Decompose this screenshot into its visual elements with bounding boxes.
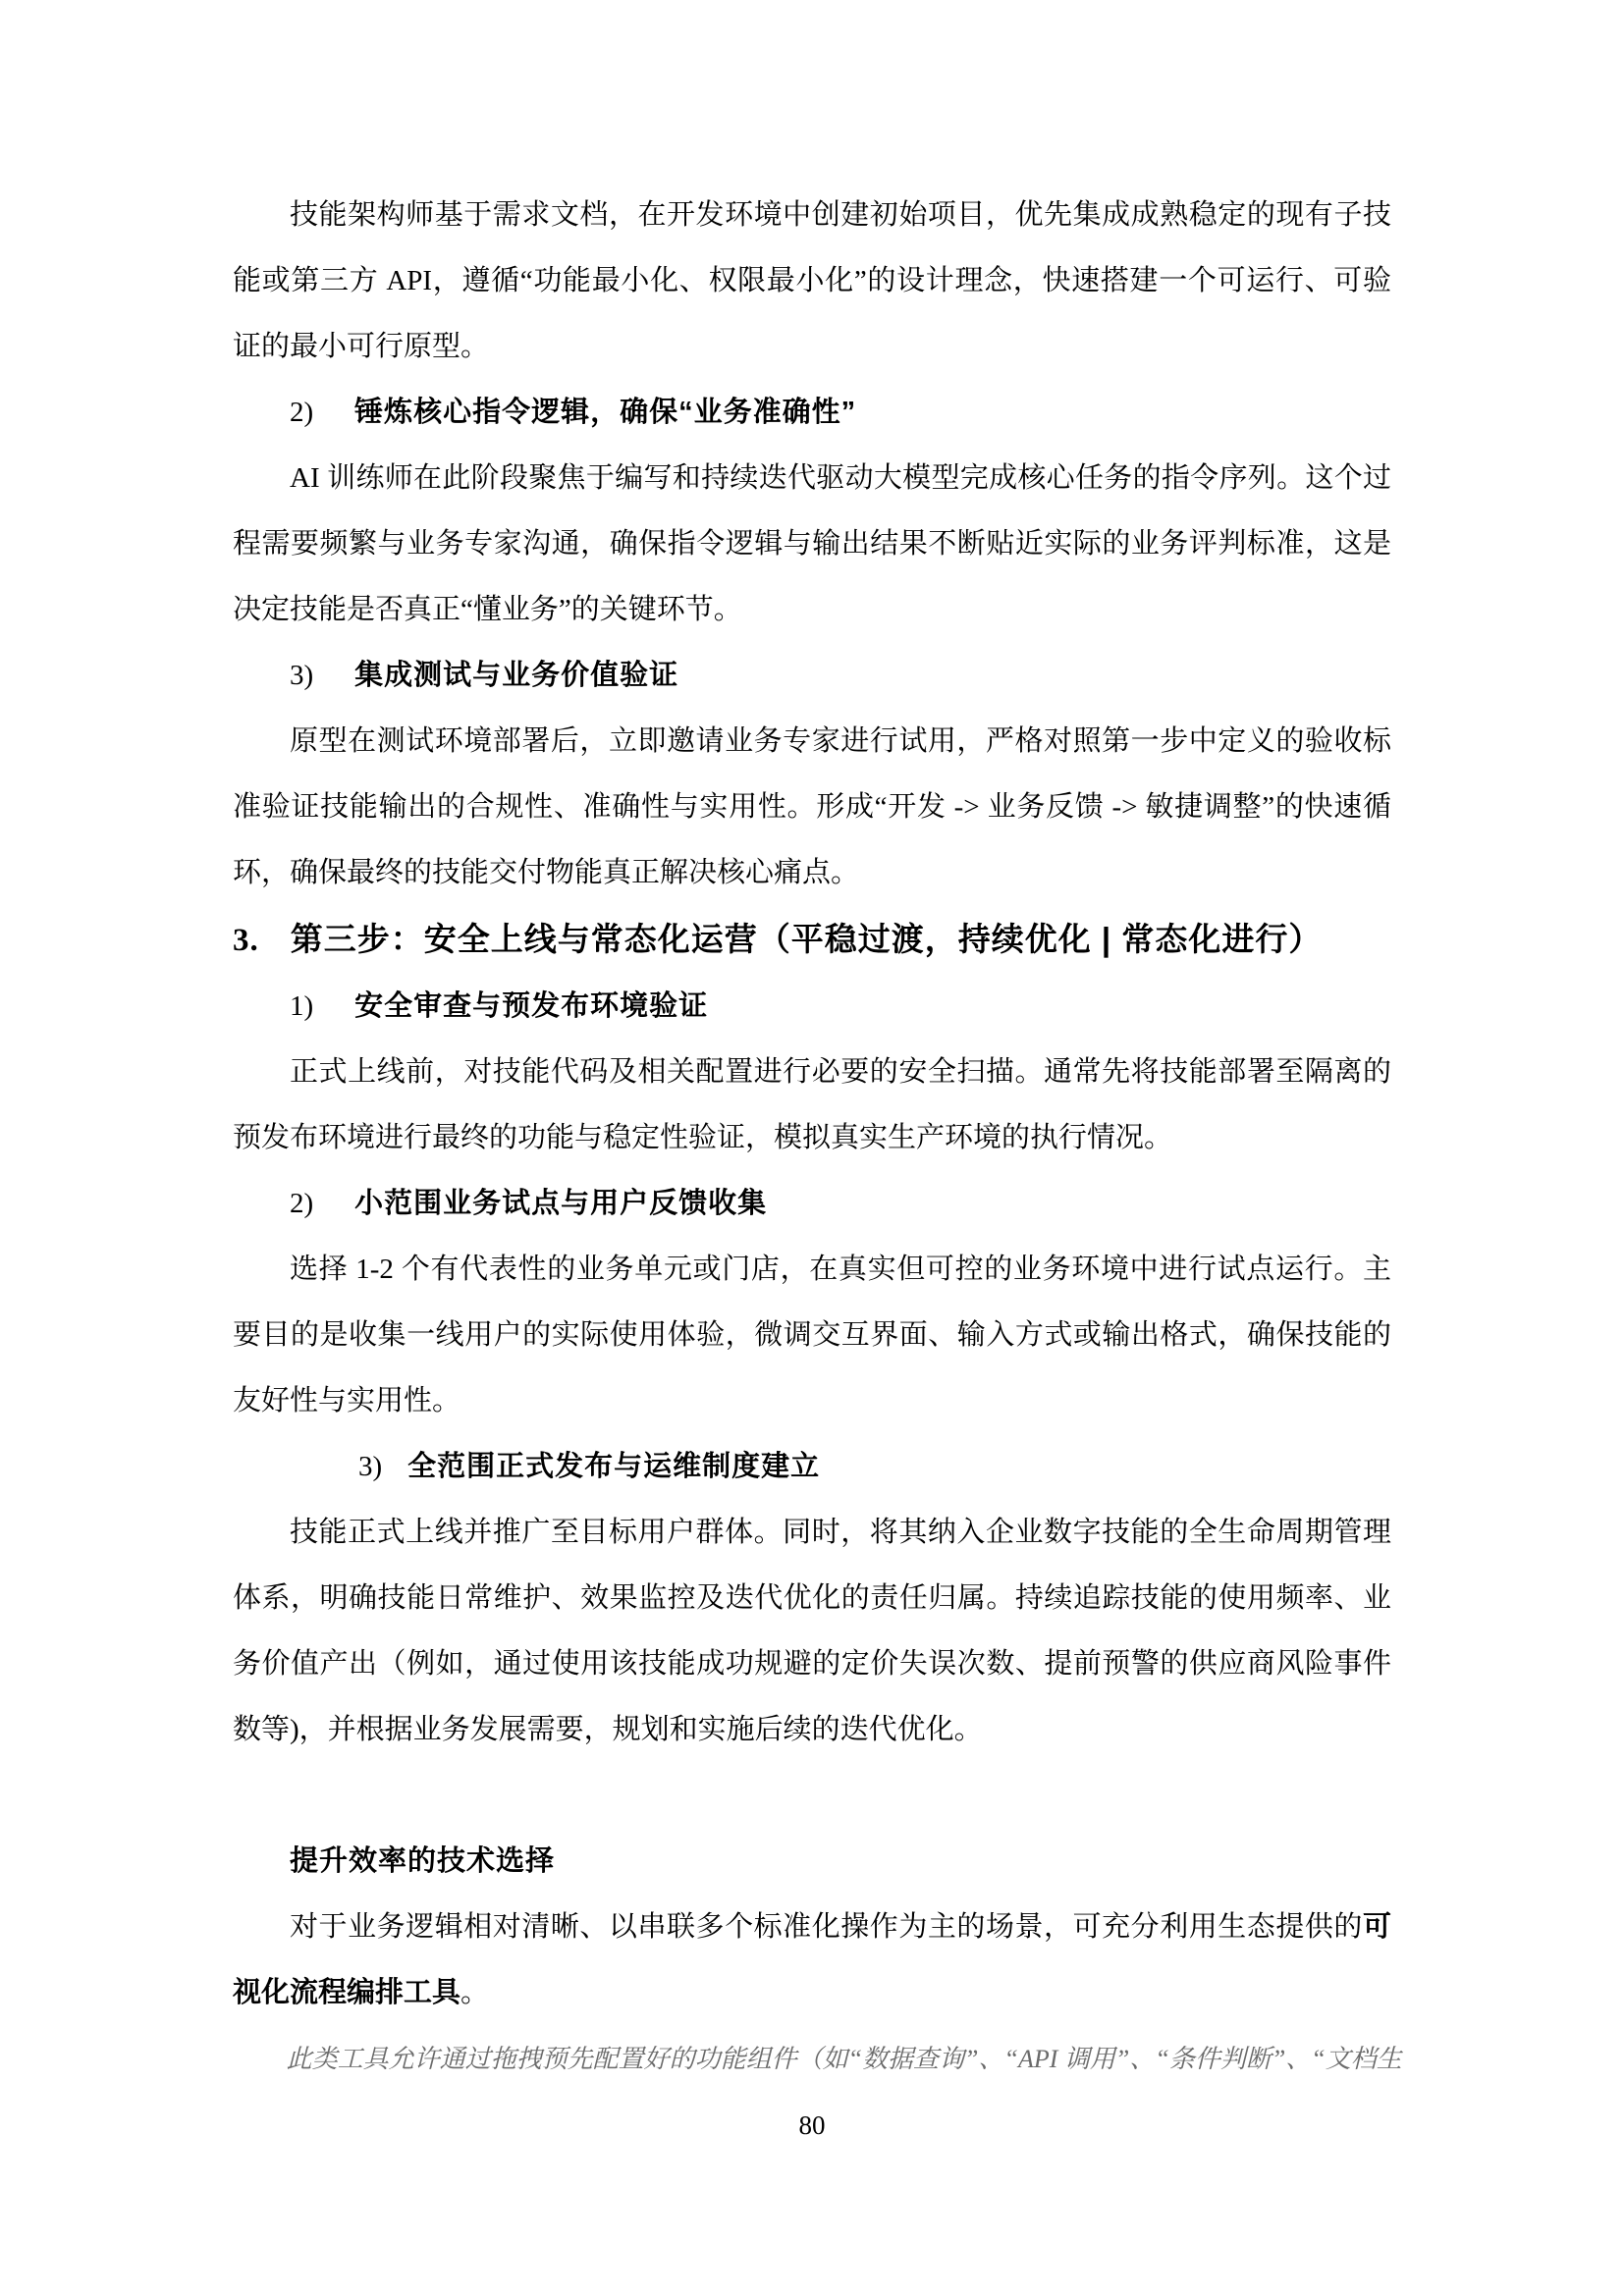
section-heading-step3: 3.第三步：安全上线与常态化运营（平稳过渡，持续优化 | 常态化进行） bbox=[233, 906, 1391, 974]
subheading-security-review: 1)安全审查与预发布环境验证 bbox=[233, 974, 1391, 1040]
subheading-number: 3) bbox=[290, 643, 313, 709]
subheading-full-release: 3)全范围正式发布与运维制度建立 bbox=[233, 1434, 1391, 1500]
subheading-number: 2) bbox=[290, 380, 313, 446]
paragraph-integration-test: 原型在测试环境部署后，立即邀请业务专家进行试用，严格对照第一步中定义的验收标准验… bbox=[233, 709, 1391, 906]
document-page: 技能架构师基于需求文档，在开发环境中创建初始项目，优先集成成熟稳定的现有子技能或… bbox=[0, 0, 1624, 2296]
efficiency-text-end: 。 bbox=[460, 1977, 489, 2008]
subheading-number: 3) bbox=[358, 1434, 382, 1500]
subheading-label: 锤炼核心指令逻辑，确保“业务准确性” bbox=[354, 397, 856, 428]
subheading-label: 集成测试与业务价值验证 bbox=[354, 660, 678, 691]
paragraph-refine: AI 训练师在此阶段聚焦于编写和持续迭代驱动大模型完成核心任务的指令序列。这个过… bbox=[233, 446, 1391, 643]
paragraph-efficiency: 对于业务逻辑相对清晰、以串联多个标准化操作为主的场景，可充分利用生态提供的可视化… bbox=[233, 1895, 1391, 2026]
subheading-refine-instructions: 2)锤炼核心指令逻辑，确保“业务准确性” bbox=[233, 380, 1391, 446]
section-number: 3. bbox=[233, 908, 259, 974]
paragraph-pilot: 选择 1-2 个有代表性的业务单元或门店，在真实但可控的业务环境中进行试点运行。… bbox=[233, 1237, 1391, 1434]
spacer bbox=[233, 1763, 1391, 1829]
subheading-integration-test: 3)集成测试与业务价值验证 bbox=[233, 643, 1391, 709]
heading-efficiency-tech: 提升效率的技术选择 bbox=[233, 1829, 1391, 1895]
subheading-label: 全范围正式发布与运维制度建立 bbox=[407, 1451, 820, 1482]
paragraph-prototype: 技能架构师基于需求文档，在开发环境中创建初始项目，优先集成成熟稳定的现有子技能或… bbox=[233, 183, 1391, 380]
subheading-number: 2) bbox=[290, 1171, 313, 1237]
document-content: 技能架构师基于需求文档，在开发环境中创建初始项目，优先集成成熟稳定的现有子技能或… bbox=[233, 183, 1391, 2092]
note-visual-tools: 此类工具允许通过拖拽预先配置好的功能组件（如“数据查询”、“API 调用”、“条… bbox=[233, 2026, 1391, 2092]
paragraph-full-release: 技能正式上线并推广至目标用户群体。同时，将其纳入企业数字技能的全生命周期管理体系… bbox=[233, 1500, 1391, 1763]
subheading-label: 小范围业务试点与用户反馈收集 bbox=[354, 1188, 767, 1219]
page-number: 80 bbox=[0, 2109, 1624, 2142]
paragraph-security-review: 正式上线前，对技能代码及相关配置进行必要的安全扫描。通常先将技能部署至隔离的预发… bbox=[233, 1040, 1391, 1171]
efficiency-text: 对于业务逻辑相对清晰、以串联多个标准化操作为主的场景，可充分利用生态提供的 bbox=[290, 1911, 1363, 1943]
subheading-label: 安全审查与预发布环境验证 bbox=[354, 990, 708, 1022]
subheading-pilot: 2)小范围业务试点与用户反馈收集 bbox=[233, 1171, 1391, 1237]
section-title: 第三步：安全上线与常态化运营（平稳过渡，持续优化 | 常态化进行） bbox=[291, 921, 1323, 957]
subheading-number: 1) bbox=[290, 974, 313, 1040]
